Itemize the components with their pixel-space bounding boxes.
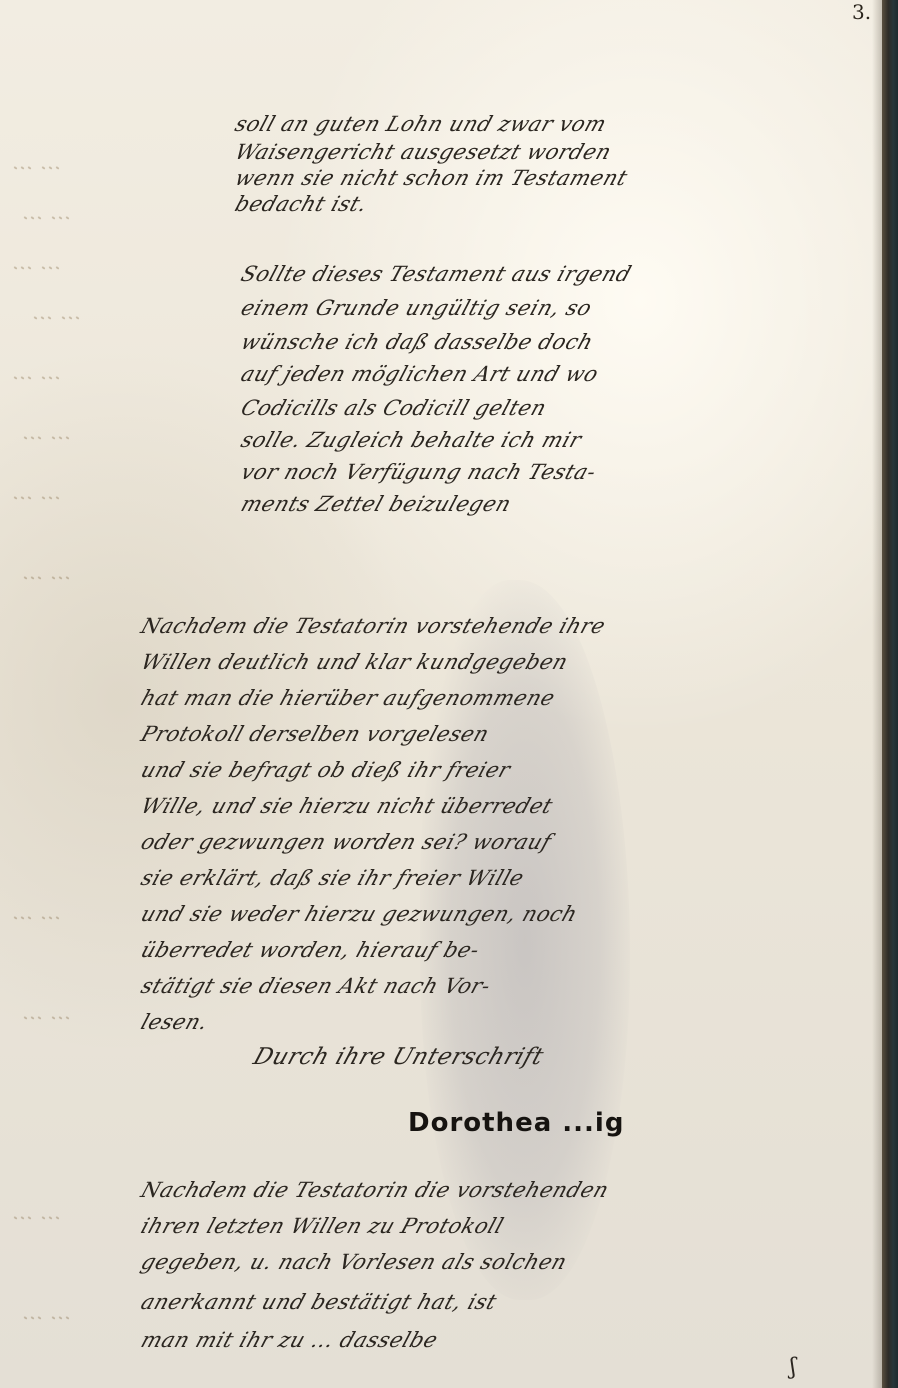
book-spine [882,0,898,1388]
bleed-through-line: ... ... [25,300,83,325]
text-line: Durch ihre Unterschrift [250,1044,547,1070]
bleed-through-line: ... ... [5,900,63,925]
bleed-through-line: ... ... [5,250,63,275]
bleed-through-line: ... ... [15,420,73,445]
bleed-through-line: ... ... [5,480,63,505]
text-line: und sie weder hierzu gezwungen, noch [138,902,581,926]
bleed-through-line: ... ... [15,1000,73,1025]
text-line: gegeben, u. nach Vorlesen als solchen [138,1250,570,1274]
manuscript-page: ... ... ... ... ... ... ... ... ... ... … [0,0,882,1388]
text-line: solle. Zugleich behalte ich mir [238,428,585,452]
bleed-through-line: ... ... [15,200,73,225]
text-line: Wille, und sie hierzu nicht überredet [138,794,556,818]
text-line: überredet worden, hierauf be- [138,938,483,962]
bleed-through-line: ... ... [5,360,63,385]
text-line: wünsche ich daß dasselbe doch [238,330,596,354]
bleed-through-line: ... ... [5,150,63,175]
bleed-through-line: ... ... [5,1200,63,1225]
text-line: oder gezwungen worden sei? worauf [138,830,555,854]
text-line: sie erklärt, daß sie ihr freier Wille [138,866,527,890]
signature: Dorothea ...ig [408,1108,624,1138]
text-line: man mit ihr zu ... dasselbe [138,1328,441,1352]
closing-mark: ʃ [790,1355,796,1380]
text-line: Nachdem die Testatorin vorstehende ihre [138,614,609,638]
text-line: stätigt sie diesen Akt nach Vor- [138,974,494,998]
text-line: Waisengericht ausgesetzt worden [232,140,615,164]
text-line: Willen deutlich und klar kundgegeben [138,650,571,674]
text-line: Sollte dieses Testament aus irgend [238,262,635,286]
bleed-through-line: ... ... [15,560,73,585]
text-line: ments Zettel beizulegen [238,492,515,516]
text-line: wenn sie nicht schon im Testament [232,166,631,190]
text-line: ihren letzten Willen zu Protokoll [138,1214,507,1238]
spine-shadow [872,0,882,1388]
text-line: Codicills als Codicill gelten [238,396,550,420]
text-line: anerkannt und bestätigt hat, ist [138,1290,500,1314]
text-line: hat man die hierüber aufgenommene [138,686,558,710]
text-line: und sie befragt ob dieß ihr freier [138,758,514,782]
text-line: vor noch Verfügung nach Testa- [238,460,599,484]
text-line: lesen. [138,1010,211,1034]
text-line: Protokoll derselben vorgelesen [138,722,492,746]
text-line: auf jeden möglichen Art und wo [238,362,602,386]
text-line: bedacht ist. [232,192,371,216]
text-line: einem Grunde ungültig sein, so [238,296,595,320]
bleed-through-line: ... ... [15,1300,73,1325]
text-line: Nachdem die Testatorin die vorstehenden [138,1178,612,1202]
page-number: 3. [852,0,871,24]
text-line: soll an guten Lohn und zwar vom [232,112,610,136]
